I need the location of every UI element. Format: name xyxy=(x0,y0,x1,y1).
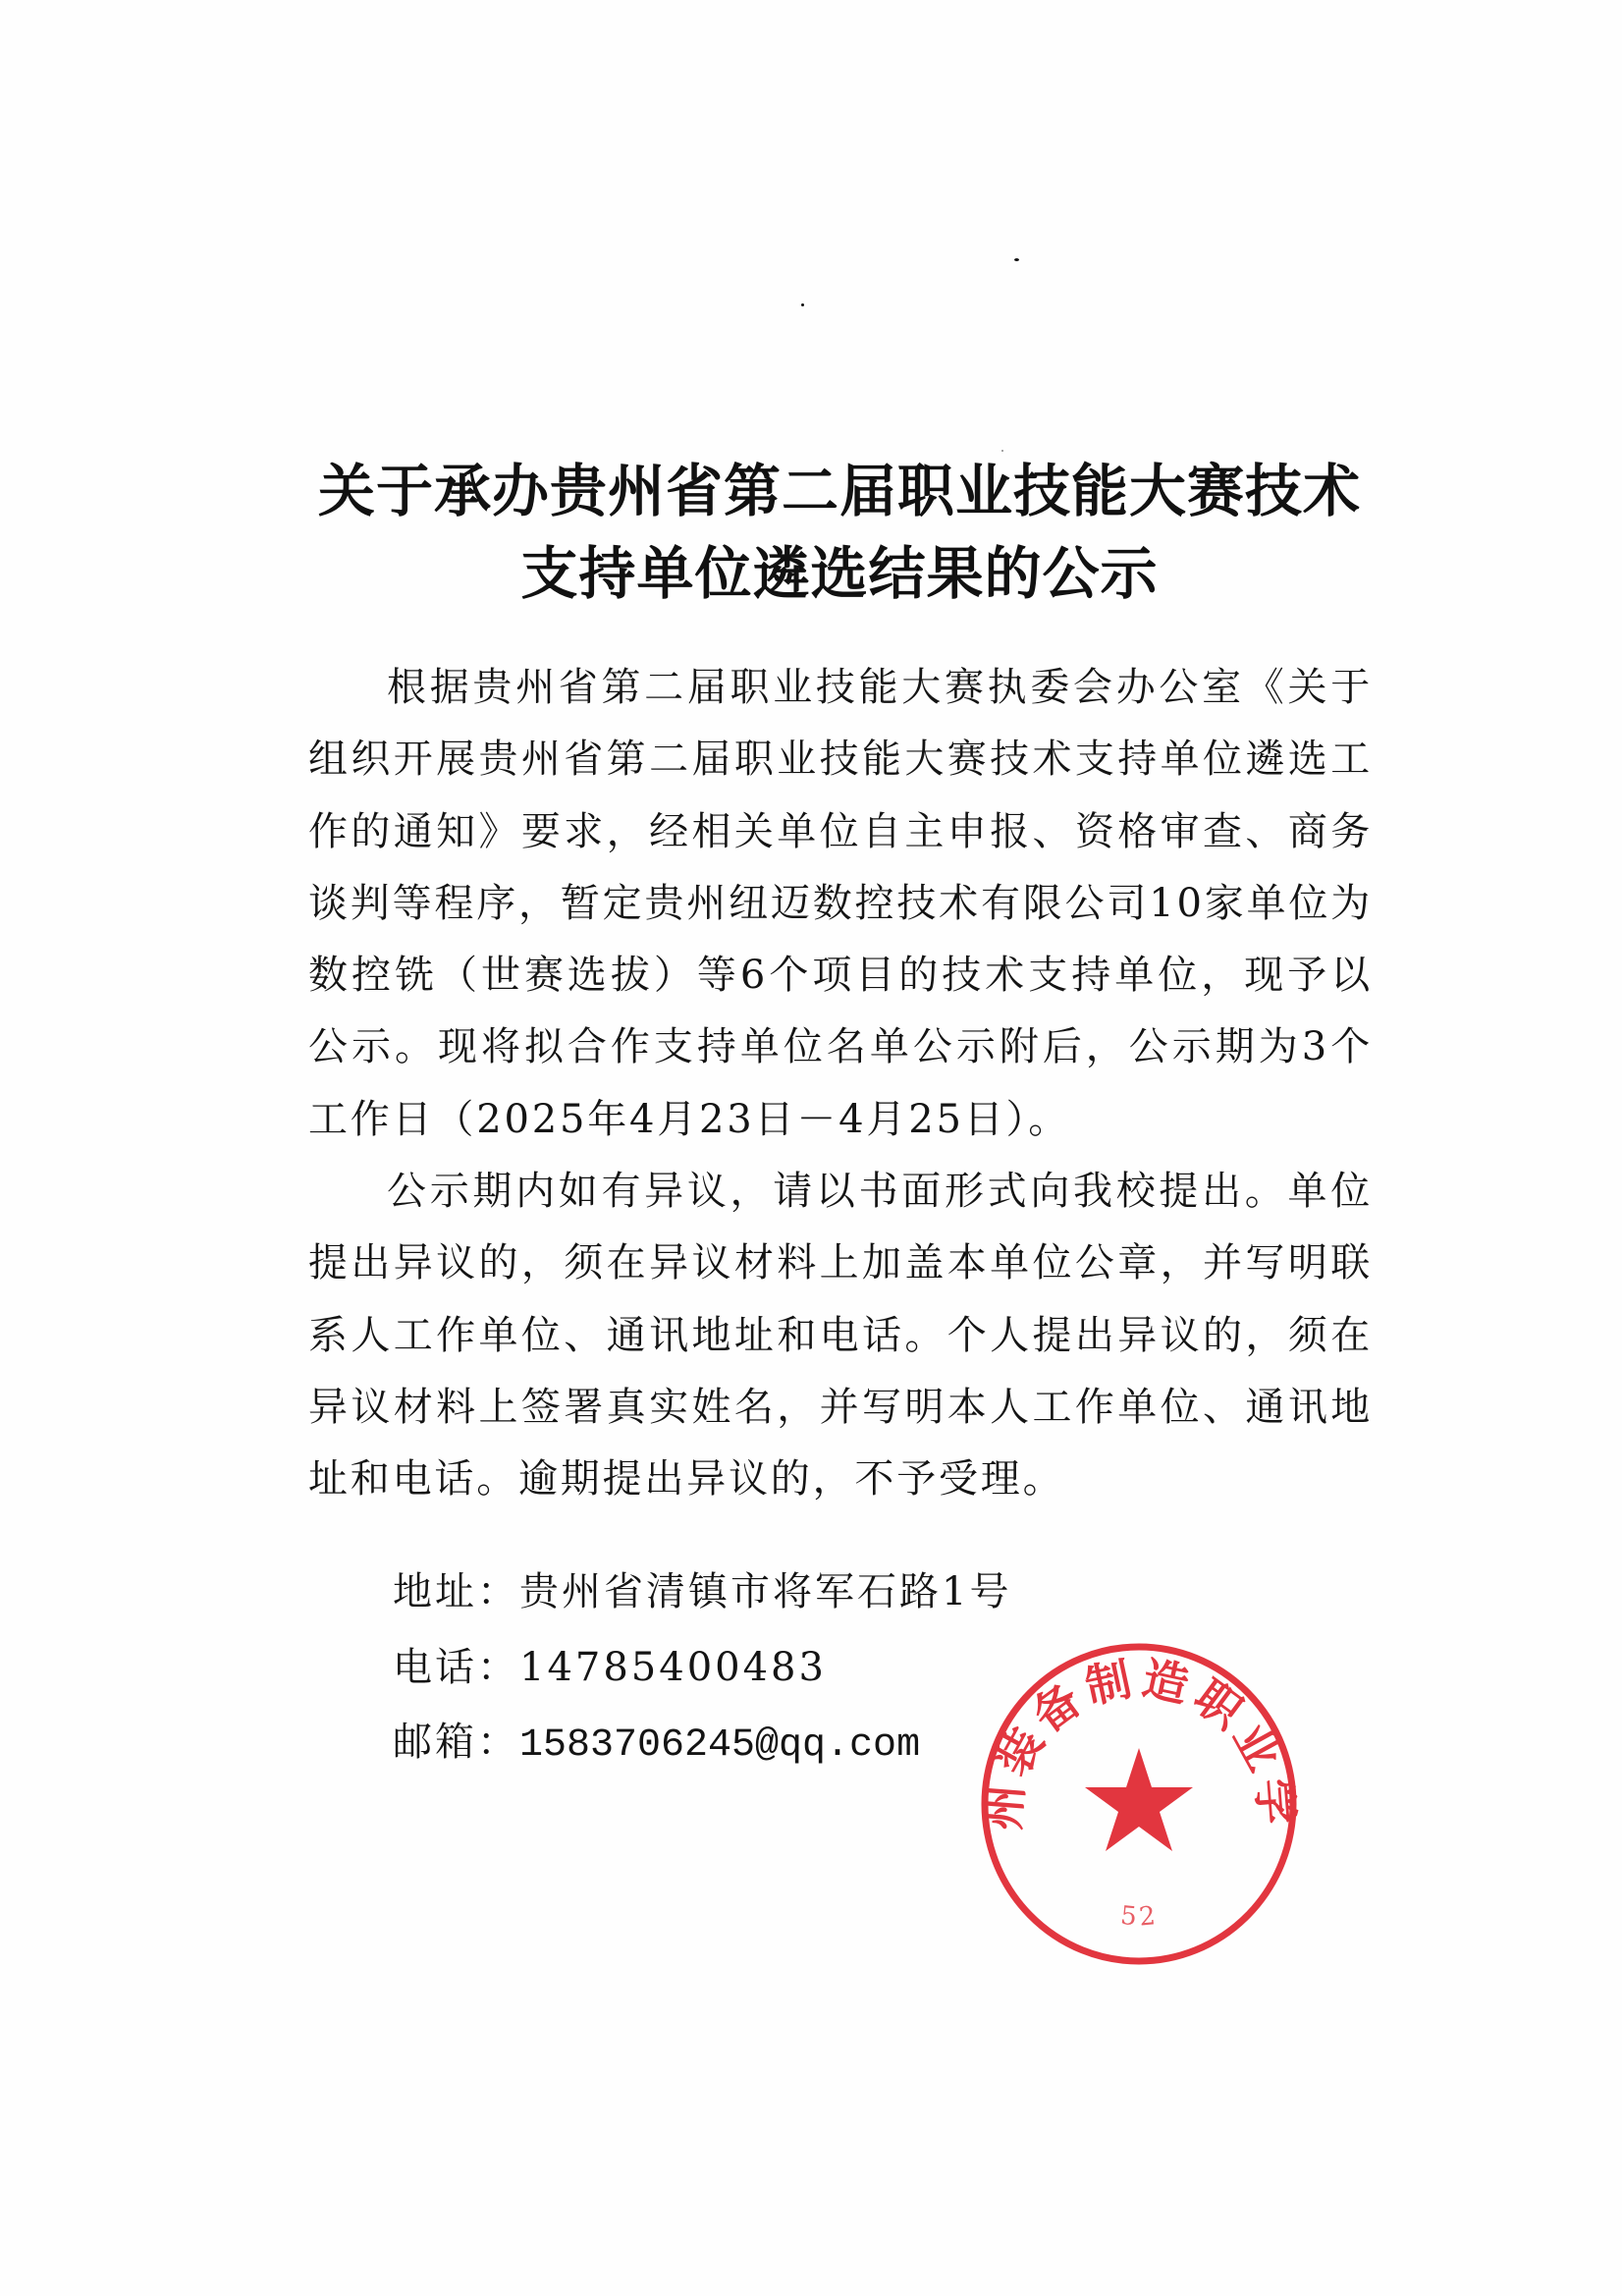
document-title: 关于承办贵州省第二届职业技能大赛技术 支持单位遴选结果的公示 xyxy=(295,450,1384,615)
address-value: 贵州省清镇市将军石路1号 xyxy=(519,1555,1011,1630)
phone-value: 14785400483 xyxy=(519,1630,827,1706)
phone-label: 电话： xyxy=(393,1630,519,1706)
title-line-1: 关于承办贵州省第二届职业技能大赛技术 xyxy=(295,450,1384,532)
scan-speck xyxy=(1014,258,1019,261)
official-seal-icon: 贵州装备制造职业学院 52 xyxy=(978,1640,1302,1968)
contact-email-row: 邮箱：1583706245@qq.com xyxy=(393,1705,1011,1784)
contact-phone-row: 电话：14785400483 xyxy=(393,1630,1011,1706)
scan-speck xyxy=(801,303,804,306)
paragraph-objection-instructions: 公示期内如有异议，请以书面形式向我校提出。单位提出异议的，须在异议材料上加盖本单… xyxy=(308,1156,1373,1515)
paragraph-announcement: 根据贵州省第二届职业技能大赛执委会办公室《关于组织开展贵州省第二届职业技能大赛技… xyxy=(308,652,1373,1156)
document-body: 根据贵州省第二届职业技能大赛执委会办公室《关于组织开展贵州省第二届职业技能大赛技… xyxy=(308,652,1373,1516)
document-page: 关于承办贵州省第二届职业技能大赛技术 支持单位遴选结果的公示 根据贵州省第二届职… xyxy=(0,0,1622,2296)
contact-address-row: 地址：贵州省清镇市将军石路1号 xyxy=(393,1555,1011,1630)
contact-info: 地址：贵州省清镇市将军石路1号 电话：14785400483 邮箱：158370… xyxy=(393,1555,1011,1784)
address-label: 地址： xyxy=(393,1555,519,1630)
title-line-2: 支持单位遴选结果的公示 xyxy=(295,532,1384,615)
seal-bottom-code: 52 xyxy=(1119,1901,1161,1933)
email-label: 邮箱： xyxy=(393,1705,519,1780)
email-value: 1583706245@qq.com xyxy=(519,1709,920,1784)
svg-text:52: 52 xyxy=(1119,1901,1161,1933)
